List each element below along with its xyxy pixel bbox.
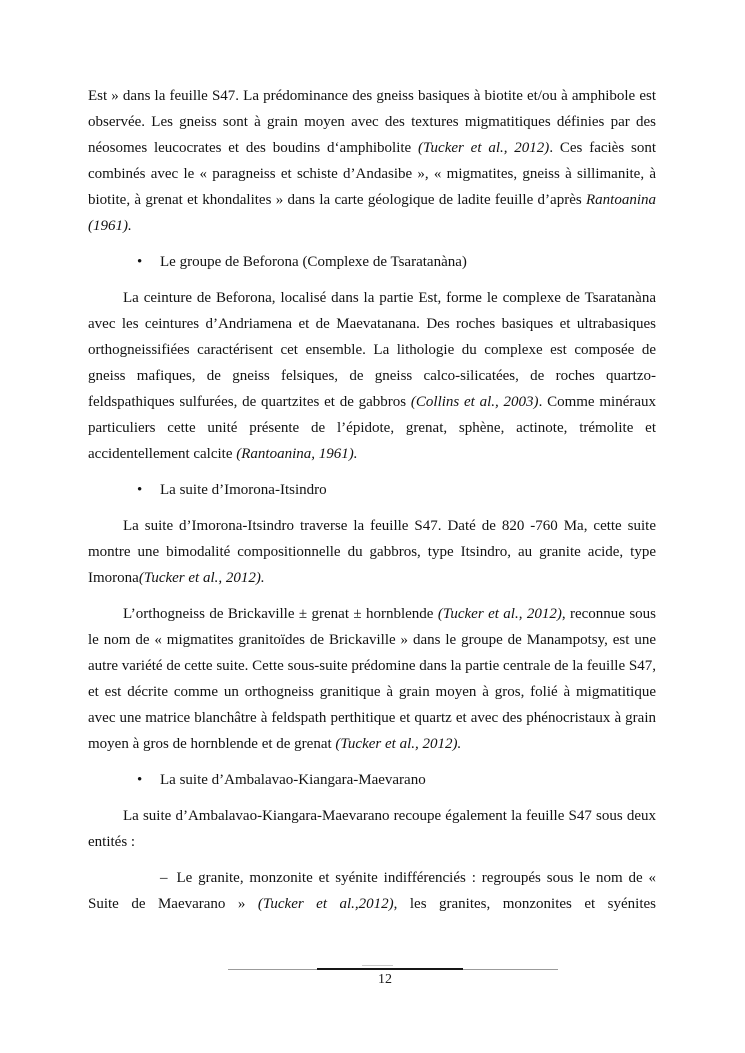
bullet-icon: • bbox=[137, 249, 142, 275]
body-text: La ceinture de Beforona, localisé dans l… bbox=[88, 290, 656, 410]
list-item-bullet: •La suite d’Ambalavao-Kiangara-Maevarano bbox=[88, 767, 656, 793]
paragraph: La ceinture de Beforona, localisé dans l… bbox=[88, 285, 656, 467]
citation-text: (Tucker et al.,2012) bbox=[258, 896, 394, 912]
list-item-bullet: •Le groupe de Beforona (Complexe de Tsar… bbox=[88, 249, 656, 275]
citation-text: (Collins et al., 2003) bbox=[411, 394, 539, 410]
paragraph: L’orthogneiss de Brickaville ± grenat ± … bbox=[88, 601, 656, 757]
citation-text: (Tucker et al., 2012) bbox=[438, 606, 562, 622]
body-text: L’orthogneiss de Brickaville ± grenat ± … bbox=[123, 606, 438, 622]
paragraph: La suite d’Ambalavao-Kiangara-Maevarano … bbox=[88, 803, 656, 855]
bullet-icon: • bbox=[137, 767, 142, 793]
list-item-bullet: •La suite d’Imorona-Itsindro bbox=[88, 477, 656, 503]
footer-rule-black bbox=[317, 968, 463, 970]
document-page: Est » dans la feuille S47. La prédominan… bbox=[0, 0, 745, 1053]
paragraph: La suite d’Imorona-Itsindro traverse la … bbox=[88, 513, 656, 591]
bullet-icon: • bbox=[137, 477, 142, 503]
citation-text: (Tucker et al., 2012) bbox=[418, 140, 549, 156]
body-text: , reconnue sous le nom de « migmatites g… bbox=[88, 606, 656, 752]
citation-text: (Rantoanina, 1961). bbox=[236, 446, 357, 462]
body-text: , les granites, monzonites et syénites bbox=[394, 896, 656, 912]
bullet-label: Le groupe de Beforona (Complexe de Tsara… bbox=[160, 254, 467, 270]
document-body: Est » dans la feuille S47. La prédominan… bbox=[88, 83, 656, 927]
dash-icon: – bbox=[160, 870, 168, 886]
footer-tick-rule bbox=[362, 965, 393, 966]
paragraph: Est » dans la feuille S47. La prédominan… bbox=[88, 83, 656, 239]
body-text: La suite d’Ambalavao-Kiangara-Maevarano … bbox=[88, 808, 656, 850]
bullet-label: La suite d’Ambalavao-Kiangara-Maevarano bbox=[160, 772, 426, 788]
list-item-dash: –Le granite, monzonite et syénite indiff… bbox=[88, 865, 656, 917]
bullet-label: La suite d’Imorona-Itsindro bbox=[160, 482, 327, 498]
page-number: 12 bbox=[220, 972, 550, 988]
citation-text: (Tucker et al., 2012). bbox=[139, 570, 265, 586]
citation-text: (Tucker et al., 2012). bbox=[335, 736, 461, 752]
